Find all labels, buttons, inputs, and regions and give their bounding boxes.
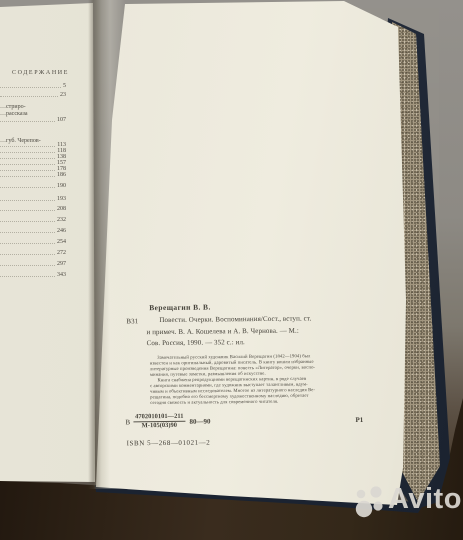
toc-row: 246: [0, 227, 66, 234]
citation-line: Повести. Очерки. Воспоминания/Сост., вст…: [159, 314, 311, 324]
catalog-prefix: В: [125, 418, 130, 426]
dot-leader: [0, 232, 55, 233]
catalog-suffix: 80—90: [189, 417, 210, 425]
toc-page-number: 23: [60, 92, 66, 98]
book-listing-photo: СОДЕРЖАНИЕ …стриро- …рассказа …губ. Чере…: [0, 0, 463, 540]
toc-page-number: 272: [57, 250, 66, 256]
dot-leader: [0, 87, 61, 88]
toc-row: 232: [0, 216, 66, 223]
toc-row: 208: [0, 205, 66, 212]
toc-page-number: 193: [57, 196, 66, 202]
toc-page-number: 107: [57, 117, 66, 123]
toc-page-number: 297: [57, 261, 66, 267]
dot-leader: [0, 210, 55, 211]
book-author: Верещагин В. В.: [149, 303, 211, 313]
dot-leader: [0, 121, 55, 122]
dot-leader: [0, 265, 55, 266]
toc-page-number: 232: [57, 217, 66, 223]
annotation-line: сегодня свежесть и актуальность для совр…: [150, 398, 352, 406]
toc-row: 272: [0, 249, 66, 256]
toc-page-number: 246: [57, 228, 66, 234]
catalog-denominator: М-105(03)90: [133, 422, 185, 431]
toc-row: 190: [0, 182, 66, 189]
dot-leader: [0, 276, 55, 277]
dot-leader: [0, 254, 55, 255]
avito-wordmark: Avito: [388, 483, 462, 516]
toc-page-number: 208: [57, 206, 66, 212]
toc-row: 297: [0, 260, 66, 267]
toc-page-number: 5: [63, 83, 66, 89]
toc-row: 5: [0, 82, 66, 89]
bbk-author-sign: В31: [126, 317, 138, 325]
dot-leader: [0, 187, 55, 188]
toc-row: 254: [0, 238, 66, 245]
isbn-number: ISBN 5—268—01021—2: [127, 439, 211, 448]
dot-leader: [0, 200, 55, 201]
toc-row: 343: [0, 271, 66, 278]
annotation-paragraphs: Замечательный русский художник Василий В…: [150, 353, 353, 406]
catalog-fraction: 4702010101—211 М-105(03)90: [133, 413, 186, 431]
dot-leader: [0, 96, 58, 97]
dot-leader: [0, 243, 55, 244]
toc-page-number: 343: [57, 272, 66, 278]
toc-heading: СОДЕРЖАНИЕ: [12, 70, 64, 76]
toc-row: 107: [0, 116, 66, 123]
toc-entry-fragment: …стриро-: [0, 104, 26, 110]
toc-row: 193: [0, 195, 66, 202]
catalog-index: В 4702010101—211 М-105(03)90 80—90: [125, 413, 210, 431]
toc-row: 186: [0, 171, 66, 178]
toc-page-number: 190: [57, 183, 66, 189]
citation-line: Сов. Россия, 1990. — 352 с.: ил.: [147, 338, 245, 347]
toc-page-number: 186: [57, 172, 66, 178]
dot-leader: [0, 176, 55, 177]
citation-line: и примеч. В. А. Кошелева и А. В. Чернова…: [146, 326, 298, 336]
toc-page-number: 254: [57, 239, 66, 245]
category-code: Р1: [355, 416, 363, 424]
avito-watermark: Avito: [352, 481, 462, 518]
avito-logo-icon: [352, 484, 386, 518]
dot-leader: [0, 221, 55, 222]
toc-row: 23: [0, 91, 66, 98]
